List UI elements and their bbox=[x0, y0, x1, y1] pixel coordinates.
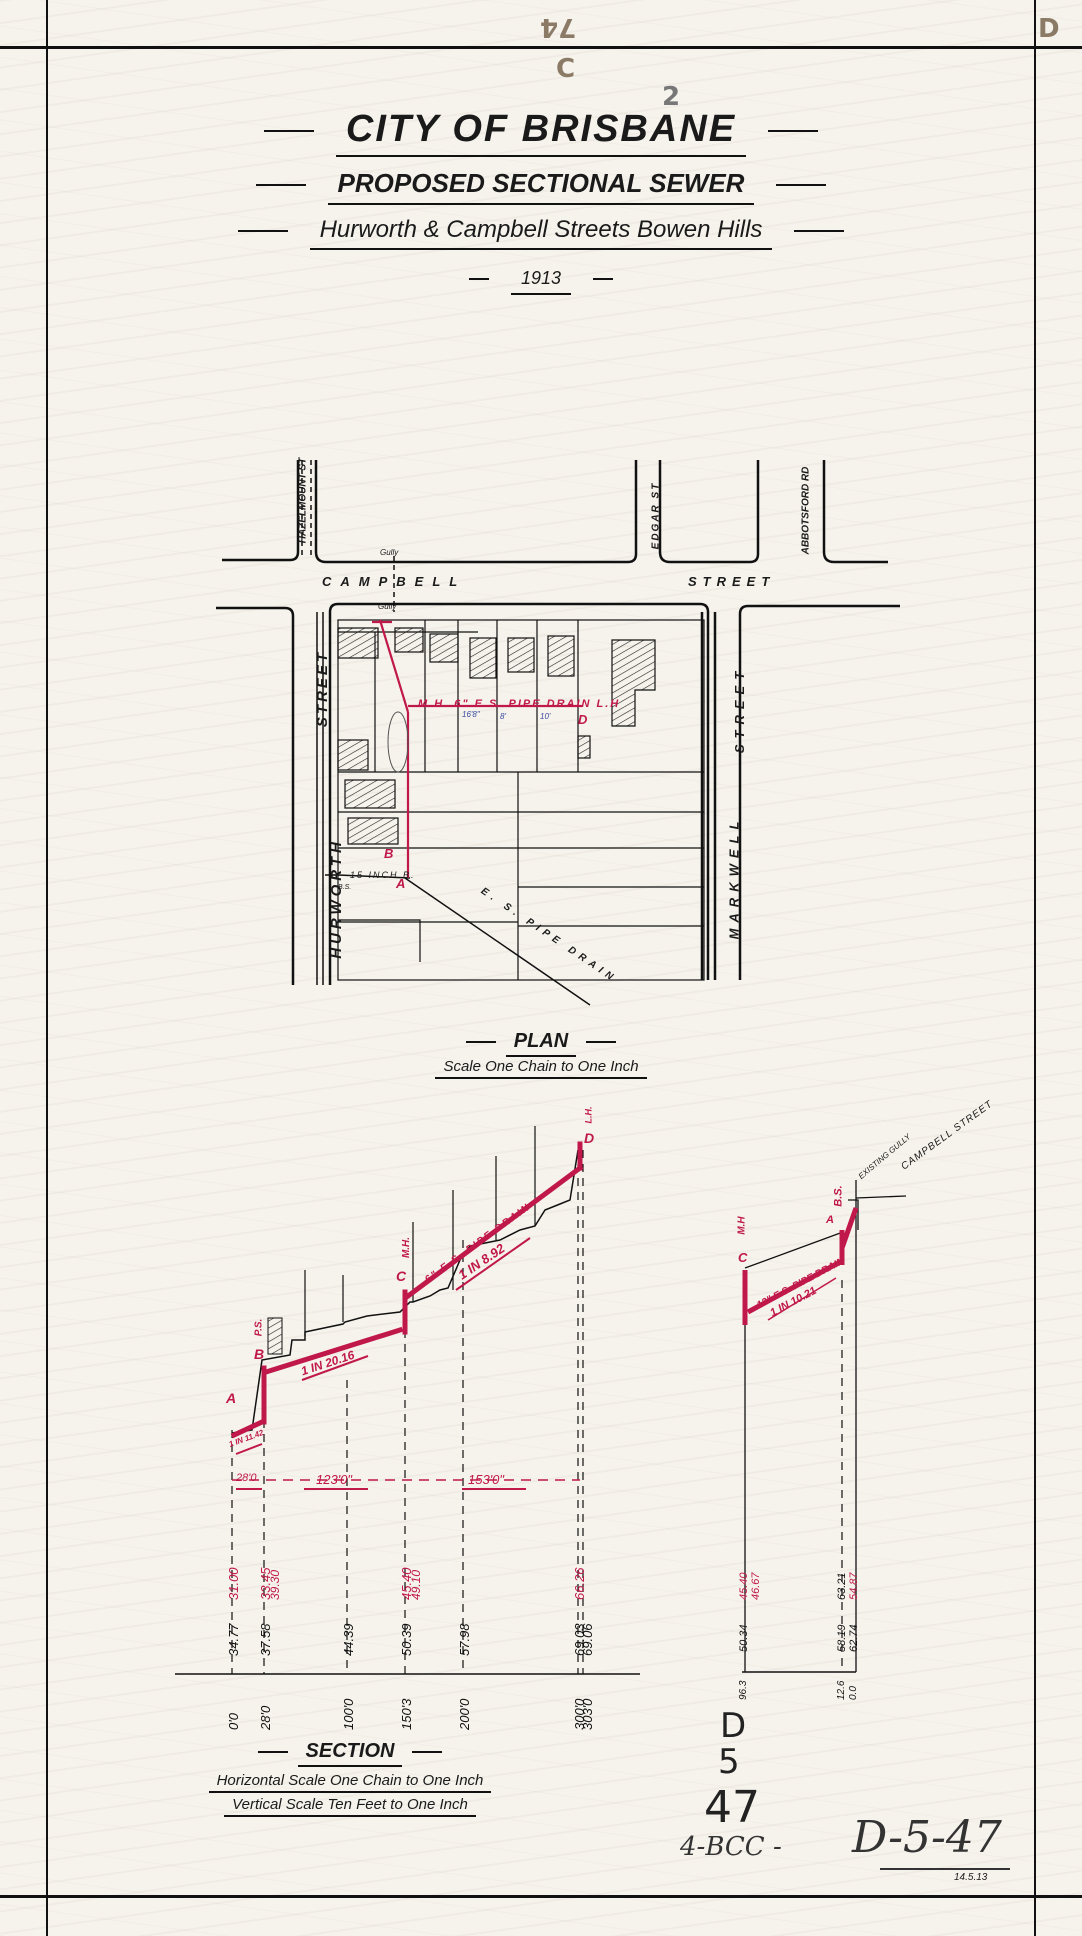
invert-level-label: 63.21 bbox=[836, 1572, 848, 1600]
invert-level-upper-label: 54.87 bbox=[848, 1572, 860, 1600]
chainage-label: 200'0 bbox=[457, 1699, 472, 1730]
surface-level-label: 44.39 bbox=[341, 1623, 356, 1656]
chainage-label: 0.0 bbox=[848, 1686, 859, 1700]
invert-level-label: 66.26 bbox=[572, 1567, 587, 1600]
chainage-label: 0'0 bbox=[226, 1713, 241, 1730]
section-point-d: D bbox=[584, 1130, 594, 1146]
section-point-a: A bbox=[226, 1390, 236, 1406]
chainage-label: 12.6 bbox=[836, 1681, 847, 1700]
ref-date: 14.5.13 bbox=[954, 1872, 987, 1883]
invert-level-label: 31.00 bbox=[226, 1567, 241, 1600]
right-bs-label: B.S. bbox=[833, 1185, 845, 1206]
dim-28-label: 28'0 bbox=[236, 1472, 256, 1484]
chainage-label: 303'0 bbox=[580, 1699, 595, 1730]
surface-level-label: 50.39 bbox=[399, 1623, 414, 1656]
ref-stack-47: 47 bbox=[704, 1782, 760, 1833]
ref-underline bbox=[880, 1868, 1010, 1870]
chainage-label: 100'0 bbox=[341, 1699, 356, 1730]
surface-level-label: 58.19 bbox=[836, 1624, 848, 1652]
surface-level-label: 69.06 bbox=[580, 1623, 595, 1656]
ref-code: D-5-47 bbox=[852, 1812, 1002, 1863]
surface-level-label: 62.74 bbox=[848, 1624, 860, 1652]
section-point-b: B bbox=[254, 1346, 264, 1362]
surface-level-label: 57.98 bbox=[457, 1623, 472, 1656]
ref-prefix: 4-BCC - bbox=[680, 1832, 782, 1862]
invert-level-upper-label: 46.67 bbox=[750, 1572, 762, 1600]
surface-level-label: 34.77 bbox=[226, 1623, 241, 1656]
dim-153-label: 153'0" bbox=[468, 1472, 504, 1487]
right-mh-label: M.H bbox=[737, 1216, 748, 1234]
chainage-label: 28'0 bbox=[258, 1706, 273, 1730]
chainage-label: 150'3 bbox=[399, 1699, 414, 1730]
surface-level-label: 50.34 bbox=[738, 1624, 750, 1652]
dim-123-label: 123'0" bbox=[316, 1472, 352, 1487]
invert-level-upper-label: 49.10 bbox=[409, 1570, 423, 1600]
section-profile-chart bbox=[0, 0, 1082, 1936]
invert-level-label: 45.40 bbox=[738, 1572, 750, 1600]
section-point-c: C bbox=[396, 1268, 406, 1284]
section-vertical-scale: Vertical Scale Ten Feet to One Inch bbox=[0, 1796, 700, 1817]
invert-level-upper-label: 39.30 bbox=[268, 1570, 282, 1600]
section-ps-label: P.S. bbox=[253, 1319, 264, 1337]
surface-level-label: 37.58 bbox=[258, 1623, 273, 1656]
section-title: SECTION bbox=[0, 1740, 700, 1767]
ref-stack-5: 5 bbox=[718, 1742, 740, 1782]
section-mh-label: M.H. bbox=[401, 1237, 412, 1258]
right-point-a: A bbox=[826, 1214, 834, 1226]
section-horizontal-scale: Horizontal Scale One Chain to One Inch bbox=[0, 1772, 700, 1793]
right-point-c: C bbox=[738, 1250, 747, 1265]
chainage-label: 96.3 bbox=[738, 1681, 749, 1700]
section-lh-label: L.H. bbox=[584, 1107, 594, 1124]
ref-stack-d: D bbox=[720, 1706, 746, 1746]
